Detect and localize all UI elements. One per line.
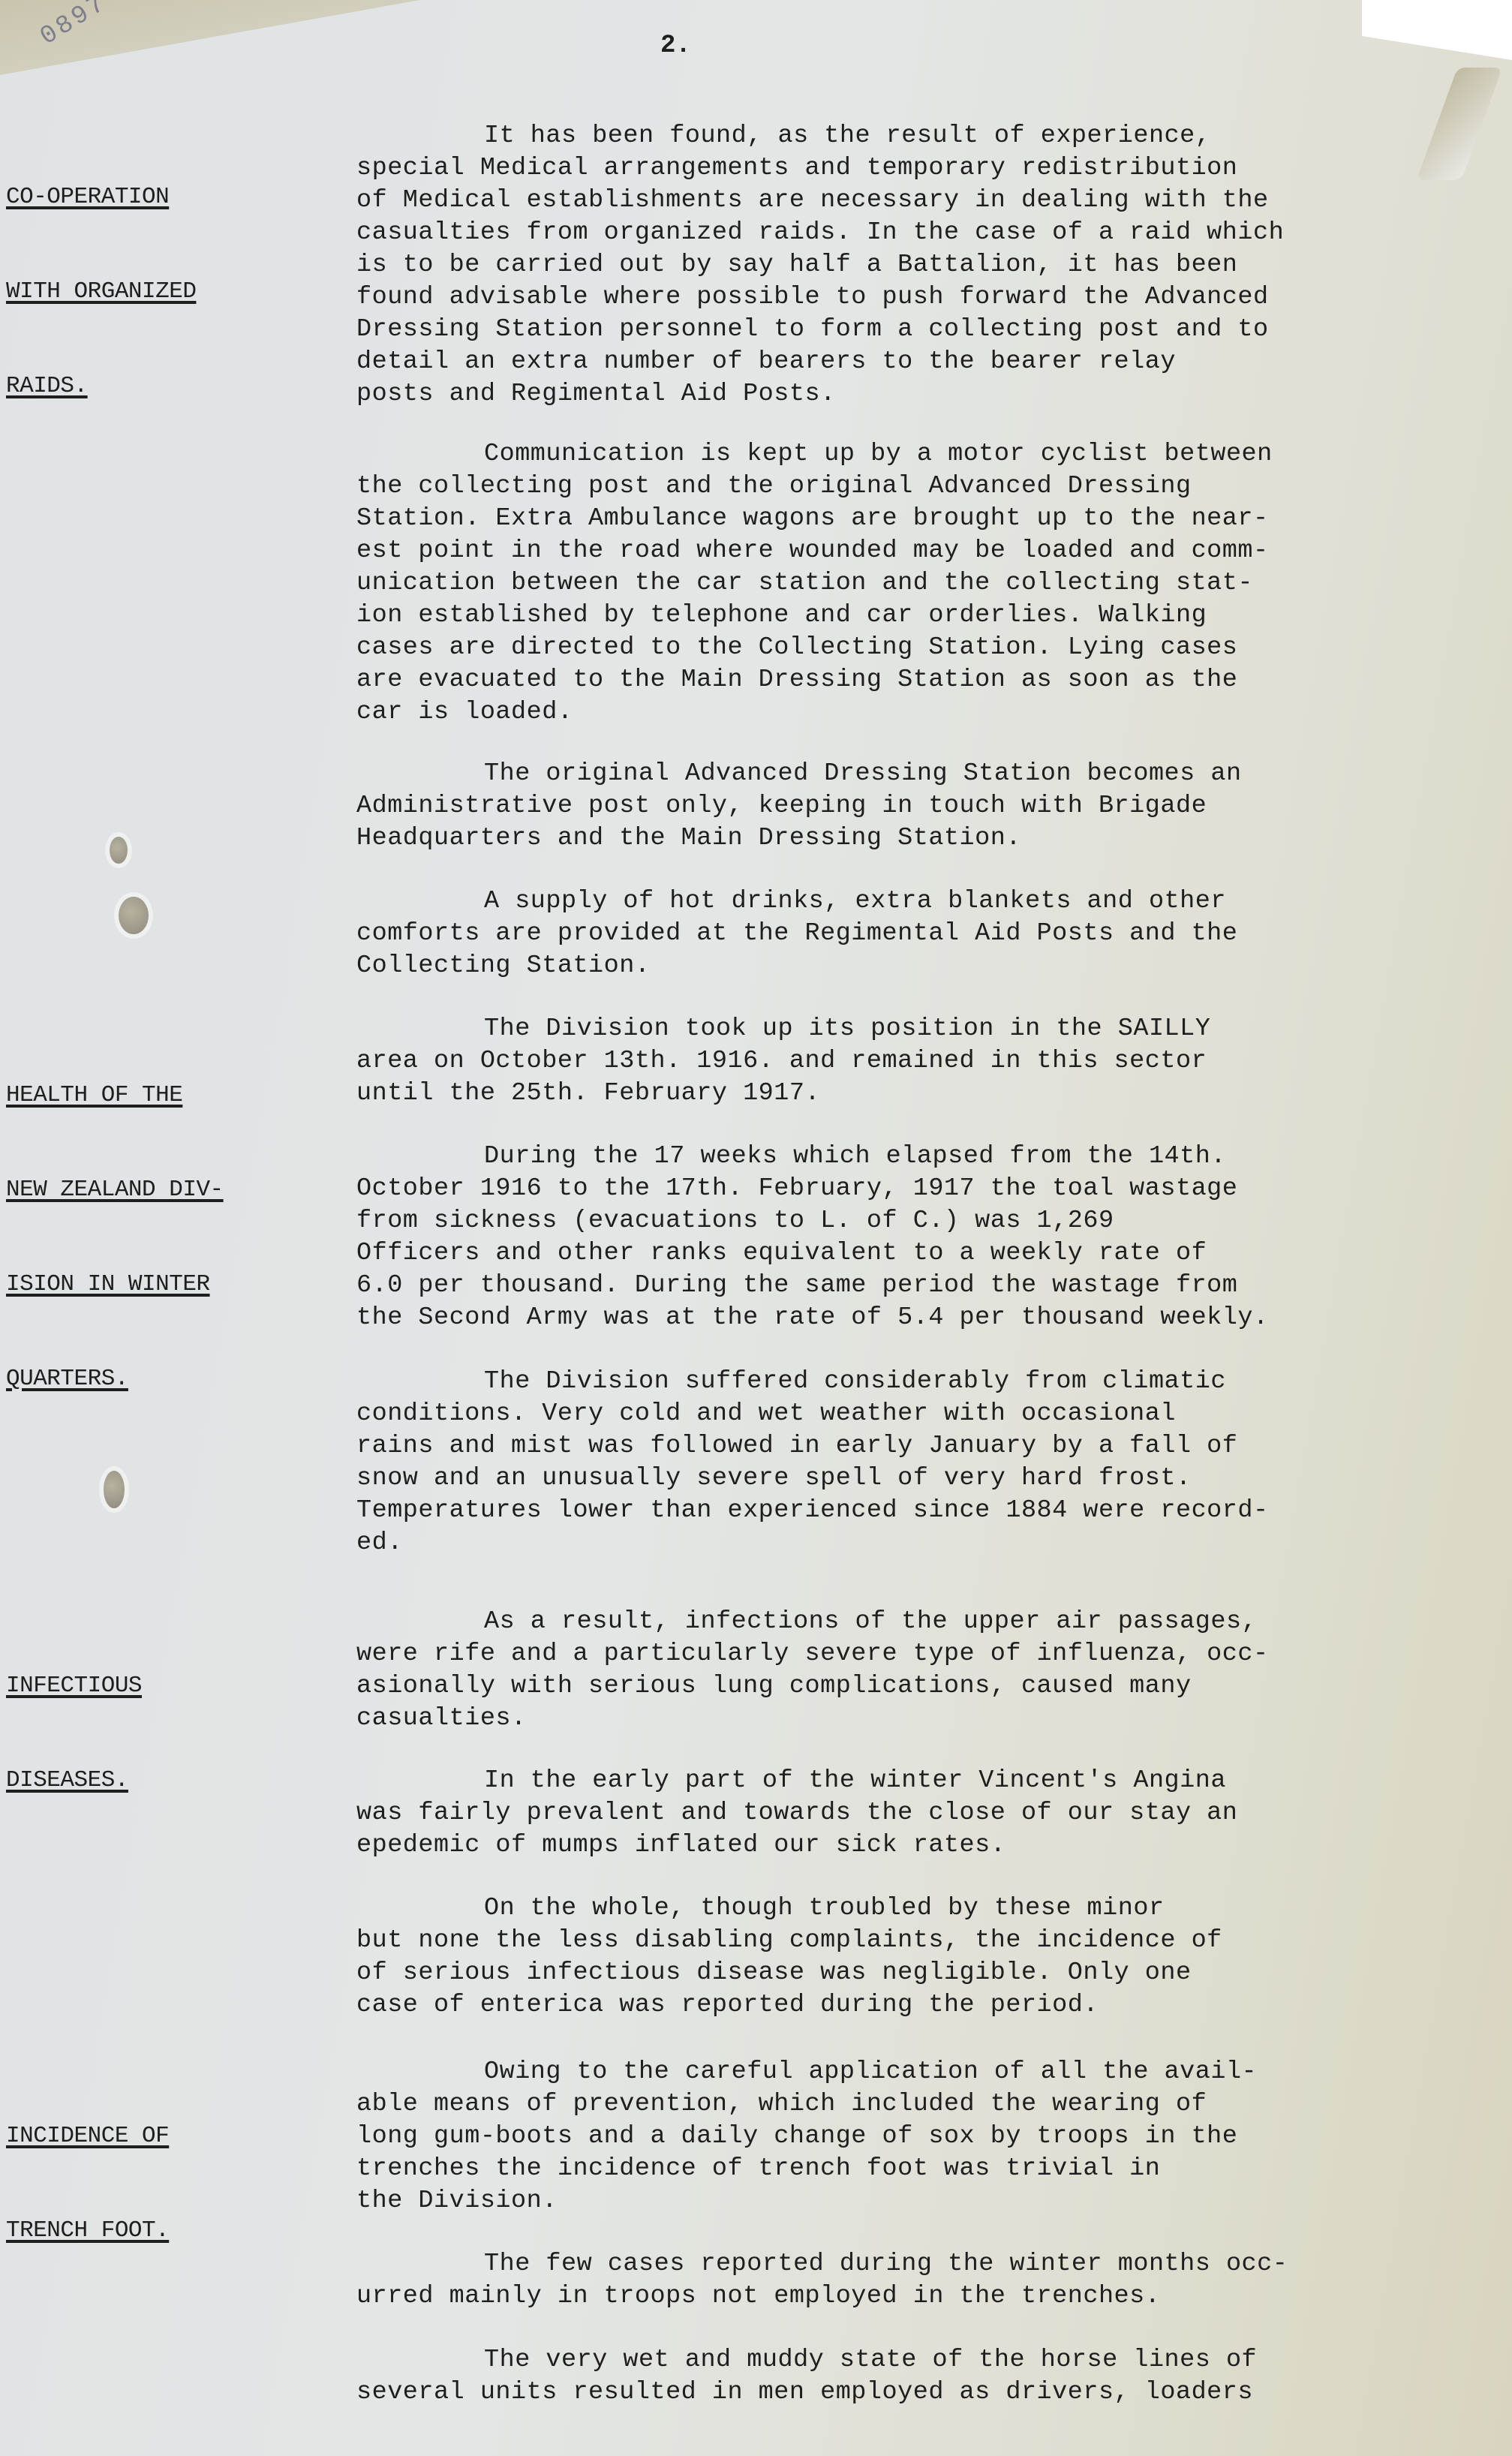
paragraph: The original Advanced Dressing Station b… bbox=[356, 758, 1482, 855]
text-line: of serious infectious disease was neglig… bbox=[356, 1957, 1482, 1989]
text-line: ion established by telephone and car ord… bbox=[356, 600, 1482, 632]
text-line: Communication is kept up by a motor cycl… bbox=[356, 438, 1482, 470]
text-line: long gum-boots and a daily change of sox… bbox=[356, 2121, 1482, 2153]
paragraph: The few cases reported during the winter… bbox=[356, 2248, 1482, 2313]
text-line: car is loaded. bbox=[356, 696, 1482, 729]
text-line: unication between the car station and th… bbox=[356, 567, 1482, 600]
heading-line: INCIDENCE OF bbox=[6, 2121, 169, 2152]
text-line: epedemic of mumps inflated our sick rate… bbox=[356, 1829, 1482, 1862]
text-line: found advisable where possible to push f… bbox=[356, 281, 1482, 314]
text-line: was fairly prevalent and towards the clo… bbox=[356, 1797, 1482, 1829]
punch-hole bbox=[110, 837, 128, 864]
paragraph: As a result, infections of the upper air… bbox=[356, 1606, 1482, 1735]
text-line: of Medical establishments are necessary … bbox=[356, 185, 1482, 217]
heading-line: NEW ZEALAND DIV- bbox=[6, 1174, 224, 1206]
side-heading-trench-foot: INCIDENCE OF TRENCH FOOT. bbox=[6, 2058, 169, 2310]
text-line: A supply of hot drinks, extra blankets a… bbox=[356, 885, 1482, 918]
paragraph: It has been found, as the result of expe… bbox=[356, 120, 1482, 410]
text-line: The Division suffered considerably from … bbox=[356, 1366, 1482, 1398]
paragraph: In the early part of the winter Vincent'… bbox=[356, 1765, 1482, 1862]
side-heading-health: HEALTH OF THE NEW ZEALAND DIV- ISION IN … bbox=[6, 1017, 224, 1458]
text-line: During the 17 weeks which elapsed from t… bbox=[356, 1141, 1482, 1173]
text-line: casualties. bbox=[356, 1703, 1482, 1735]
text-line: casualties from organized raids. In the … bbox=[356, 217, 1482, 249]
text-line: detail an extra number of bearers to the… bbox=[356, 346, 1482, 378]
text-line: the Division. bbox=[356, 2185, 1482, 2217]
heading-line: DISEASES. bbox=[6, 1765, 142, 1796]
document-page: 0897 2. CO-OPERATION WITH ORGANIZED RAID… bbox=[0, 0, 1512, 2456]
heading-line: WITH ORGANIZED bbox=[6, 276, 196, 308]
text-line: Dressing Station personnel to form a col… bbox=[356, 314, 1482, 346]
text-line: The original Advanced Dressing Station b… bbox=[356, 758, 1482, 790]
punch-hole bbox=[119, 897, 149, 934]
text-line: asionally with serious lung complication… bbox=[356, 1670, 1482, 1703]
text-line: October 1916 to the 17th. February, 1917… bbox=[356, 1173, 1482, 1205]
text-line: Station. Extra Ambulance wagons are brou… bbox=[356, 503, 1482, 535]
text-line: Administrative post only, keeping in tou… bbox=[356, 790, 1482, 822]
text-line: In the early part of the winter Vincent'… bbox=[356, 1765, 1482, 1797]
text-line: The very wet and muddy state of the hors… bbox=[356, 2344, 1482, 2376]
heading-line: RAIDS. bbox=[6, 371, 196, 402]
text-line: are evacuated to the Main Dressing Stati… bbox=[356, 664, 1482, 696]
text-line: It has been found, as the result of expe… bbox=[356, 120, 1482, 152]
heading-line: INFECTIOUS bbox=[6, 1670, 142, 1702]
heading-line: ISION IN WINTER bbox=[6, 1269, 224, 1300]
text-line: conditions. Very cold and wet weather wi… bbox=[356, 1398, 1482, 1430]
text-line: case of enterica was reported during the… bbox=[356, 1989, 1482, 2022]
text-line: able means of prevention, which included… bbox=[356, 2088, 1482, 2121]
text-line: Officers and other ranks equivalent to a… bbox=[356, 1237, 1482, 1270]
side-heading-infectious-diseases: INFECTIOUS DISEASES. bbox=[6, 1607, 142, 1859]
side-heading-co-operation: CO-OPERATION WITH ORGANIZED RAIDS. bbox=[6, 119, 196, 465]
text-line: area on October 13th. 1916. and remained… bbox=[356, 1045, 1482, 1078]
text-line: rains and mist was followed in early Jan… bbox=[356, 1430, 1482, 1462]
text-line: trenches the incidence of trench foot wa… bbox=[356, 2153, 1482, 2185]
text-line: ed. bbox=[356, 1527, 1482, 1559]
paragraph: During the 17 weeks which elapsed from t… bbox=[356, 1141, 1482, 1334]
text-line: est point in the road where wounded may … bbox=[356, 535, 1482, 567]
text-line: but none the less disabling complaints, … bbox=[356, 1925, 1482, 1957]
paragraph: The very wet and muddy state of the hors… bbox=[356, 2344, 1482, 2409]
text-line: snow and an unusually severe spell of ve… bbox=[356, 1462, 1482, 1495]
text-line: Owing to the careful application of all … bbox=[356, 2056, 1482, 2088]
text-line: several units resulted in men employed a… bbox=[356, 2376, 1482, 2409]
text-line: Headquarters and the Main Dressing Stati… bbox=[356, 822, 1482, 855]
paragraph: A supply of hot drinks, extra blankets a… bbox=[356, 885, 1482, 982]
text-line: The few cases reported during the winter… bbox=[356, 2248, 1482, 2280]
heading-line: QUARTERS. bbox=[6, 1363, 224, 1395]
heading-line: HEALTH OF THE bbox=[6, 1080, 224, 1111]
text-line: cases are directed to the Collecting Sta… bbox=[356, 632, 1482, 664]
text-line: were rife and a particularly severe type… bbox=[356, 1638, 1482, 1670]
page-number: 2. bbox=[660, 32, 691, 60]
heading-line: TRENCH FOOT. bbox=[6, 2215, 169, 2247]
text-line: the Second Army was at the rate of 5.4 p… bbox=[356, 1302, 1482, 1334]
text-line: until the 25th. February 1917. bbox=[356, 1078, 1482, 1110]
text-line: the collecting post and the original Adv… bbox=[356, 470, 1482, 503]
text-line: As a result, infections of the upper air… bbox=[356, 1606, 1482, 1638]
text-line: comforts are provided at the Regimental … bbox=[356, 918, 1482, 950]
paragraph: Communication is kept up by a motor cycl… bbox=[356, 438, 1482, 729]
text-line: is to be carried out by say half a Batta… bbox=[356, 249, 1482, 281]
heading-line: CO-OPERATION bbox=[6, 182, 196, 213]
paragraph: The Division suffered considerably from … bbox=[356, 1366, 1482, 1559]
text-line: The Division took up its position in the… bbox=[356, 1013, 1482, 1045]
paragraph: Owing to the careful application of all … bbox=[356, 2056, 1482, 2217]
text-line: special Medical arrangements and tempora… bbox=[356, 152, 1482, 185]
punch-hole bbox=[104, 1471, 125, 1508]
text-line: Collecting Station. bbox=[356, 950, 1482, 982]
text-line: from sickness (evacuations to L. of C.) … bbox=[356, 1205, 1482, 1237]
text-line: urred mainly in troops not employed in t… bbox=[356, 2280, 1482, 2313]
paragraph: On the whole, though troubled by these m… bbox=[356, 1892, 1482, 2022]
text-line: 6.0 per thousand. During the same period… bbox=[356, 1270, 1482, 1302]
text-line: On the whole, though troubled by these m… bbox=[356, 1892, 1482, 1925]
text-line: posts and Regimental Aid Posts. bbox=[356, 378, 1482, 410]
text-line: Temperatures lower than experienced sinc… bbox=[356, 1495, 1482, 1527]
paragraph: The Division took up its position in the… bbox=[356, 1013, 1482, 1110]
torn-corner-right bbox=[1362, 0, 1512, 60]
